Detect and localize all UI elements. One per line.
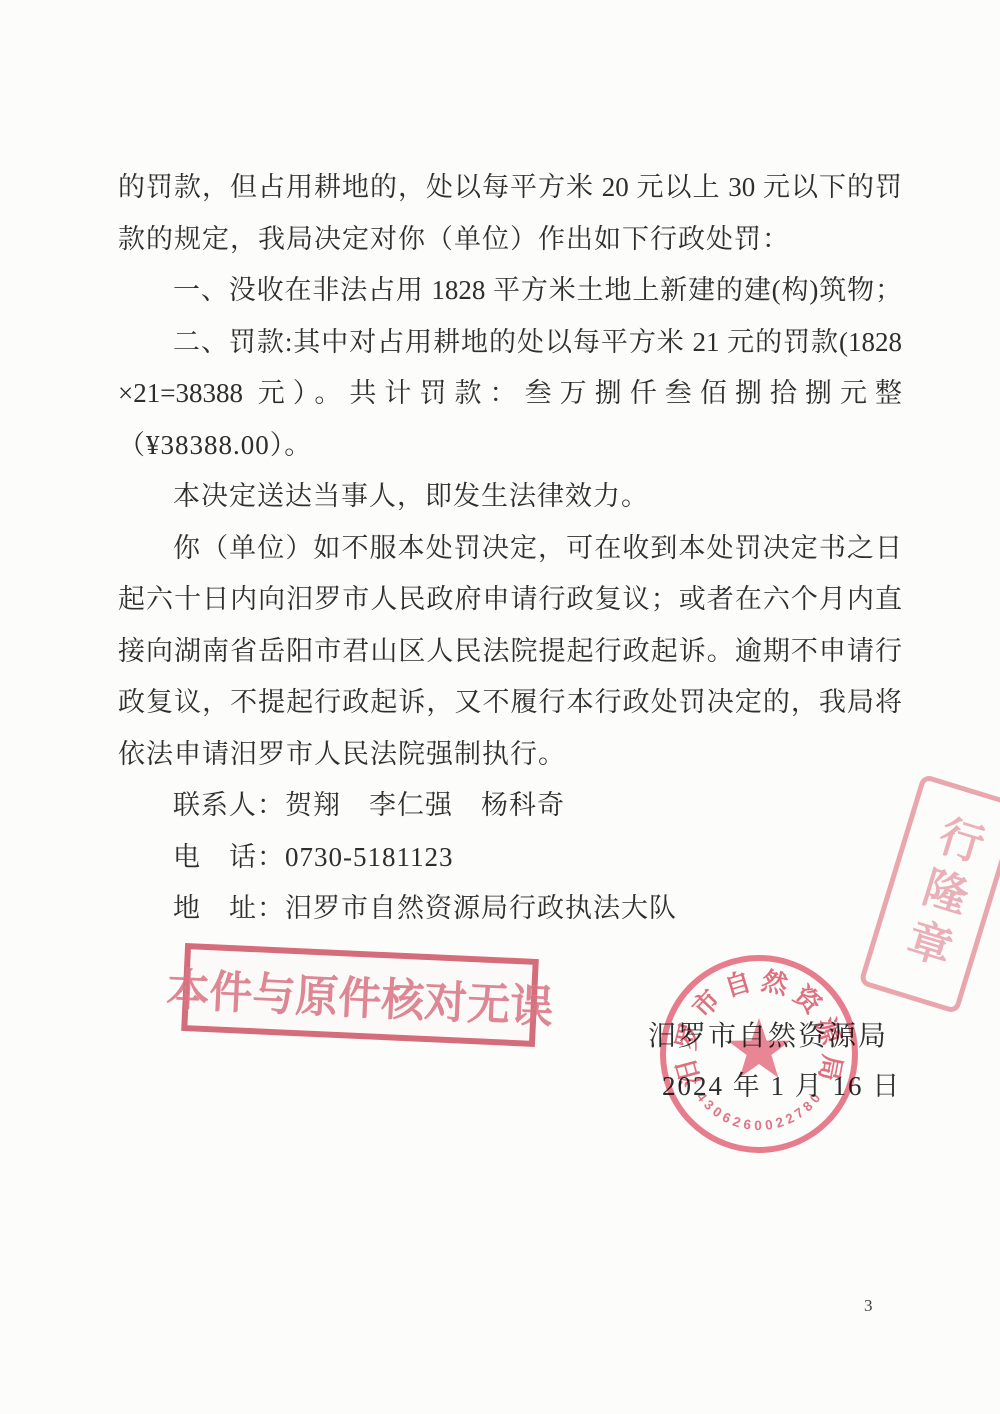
body-line: 接向湖南省岳阳市君山区人民法院提起行政起诉。逾期不申请行 — [118, 630, 902, 682]
page-number: 3 — [864, 1296, 873, 1316]
body-line: 电 话：0730-5181123 — [118, 836, 902, 888]
document-page: 的罚款，但占用耕地的，处以每平方米 20 元以上 30 元以下的罚款的规定，我局… — [0, 0, 1000, 1414]
seal-star — [728, 1018, 791, 1078]
verification-stamp: 本件与原件核对无误 — [181, 943, 539, 1047]
document-body: 的罚款，但占用耕地的，处以每平方米 20 元以上 30 元以下的罚款的规定，我局… — [118, 166, 902, 939]
body-line: 起六十日内向汨罗市人民政府申请行政复议；或者在六个月内直 — [118, 578, 902, 630]
body-line: 一、没收在非法占用 1828 平方米土地上新建的建(构)筑物； — [118, 269, 902, 321]
seal-serial-number: 4306260022780 — [693, 1089, 824, 1133]
body-line: ×21=38388 元）。共计罚款：叁万捌仟叁佰捌拾捌元整 — [118, 372, 902, 424]
body-line: 你（单位）如不服本处罚决定，可在收到本处罚决定书之日 — [118, 527, 902, 579]
body-line: 本决定送达当事人，即发生法律效力。 — [118, 475, 902, 527]
verification-stamp-text: 本件与原件核对无误 — [165, 955, 554, 1036]
partial-edge-stamp-text: 行隆章 — [886, 807, 995, 981]
body-line: 依法申请汨罗市人民法院强制执行。 — [118, 733, 902, 785]
body-line: 的罚款，但占用耕地的，处以每平方米 20 元以上 30 元以下的罚 — [118, 166, 902, 218]
body-line: 地 址：汨罗市自然资源局行政执法大队 — [118, 887, 902, 939]
official-seal-stamp: 汨罗市自然资源局 4306260022780 — [656, 951, 862, 1157]
body-line: 联系人：贺翔 李仁强 杨科奇 — [118, 784, 902, 836]
body-line: 二、罚款:其中对占用耕地的处以每平方米 21 元的罚款(1828 — [118, 321, 902, 373]
body-line: （¥38388.00）。 — [118, 424, 902, 476]
body-line: 款的规定，我局决定对你（单位）作出如下行政处罚： — [118, 218, 902, 270]
body-line: 政复议，不提起行政起诉，又不履行本行政处罚决定的，我局将 — [118, 681, 902, 733]
